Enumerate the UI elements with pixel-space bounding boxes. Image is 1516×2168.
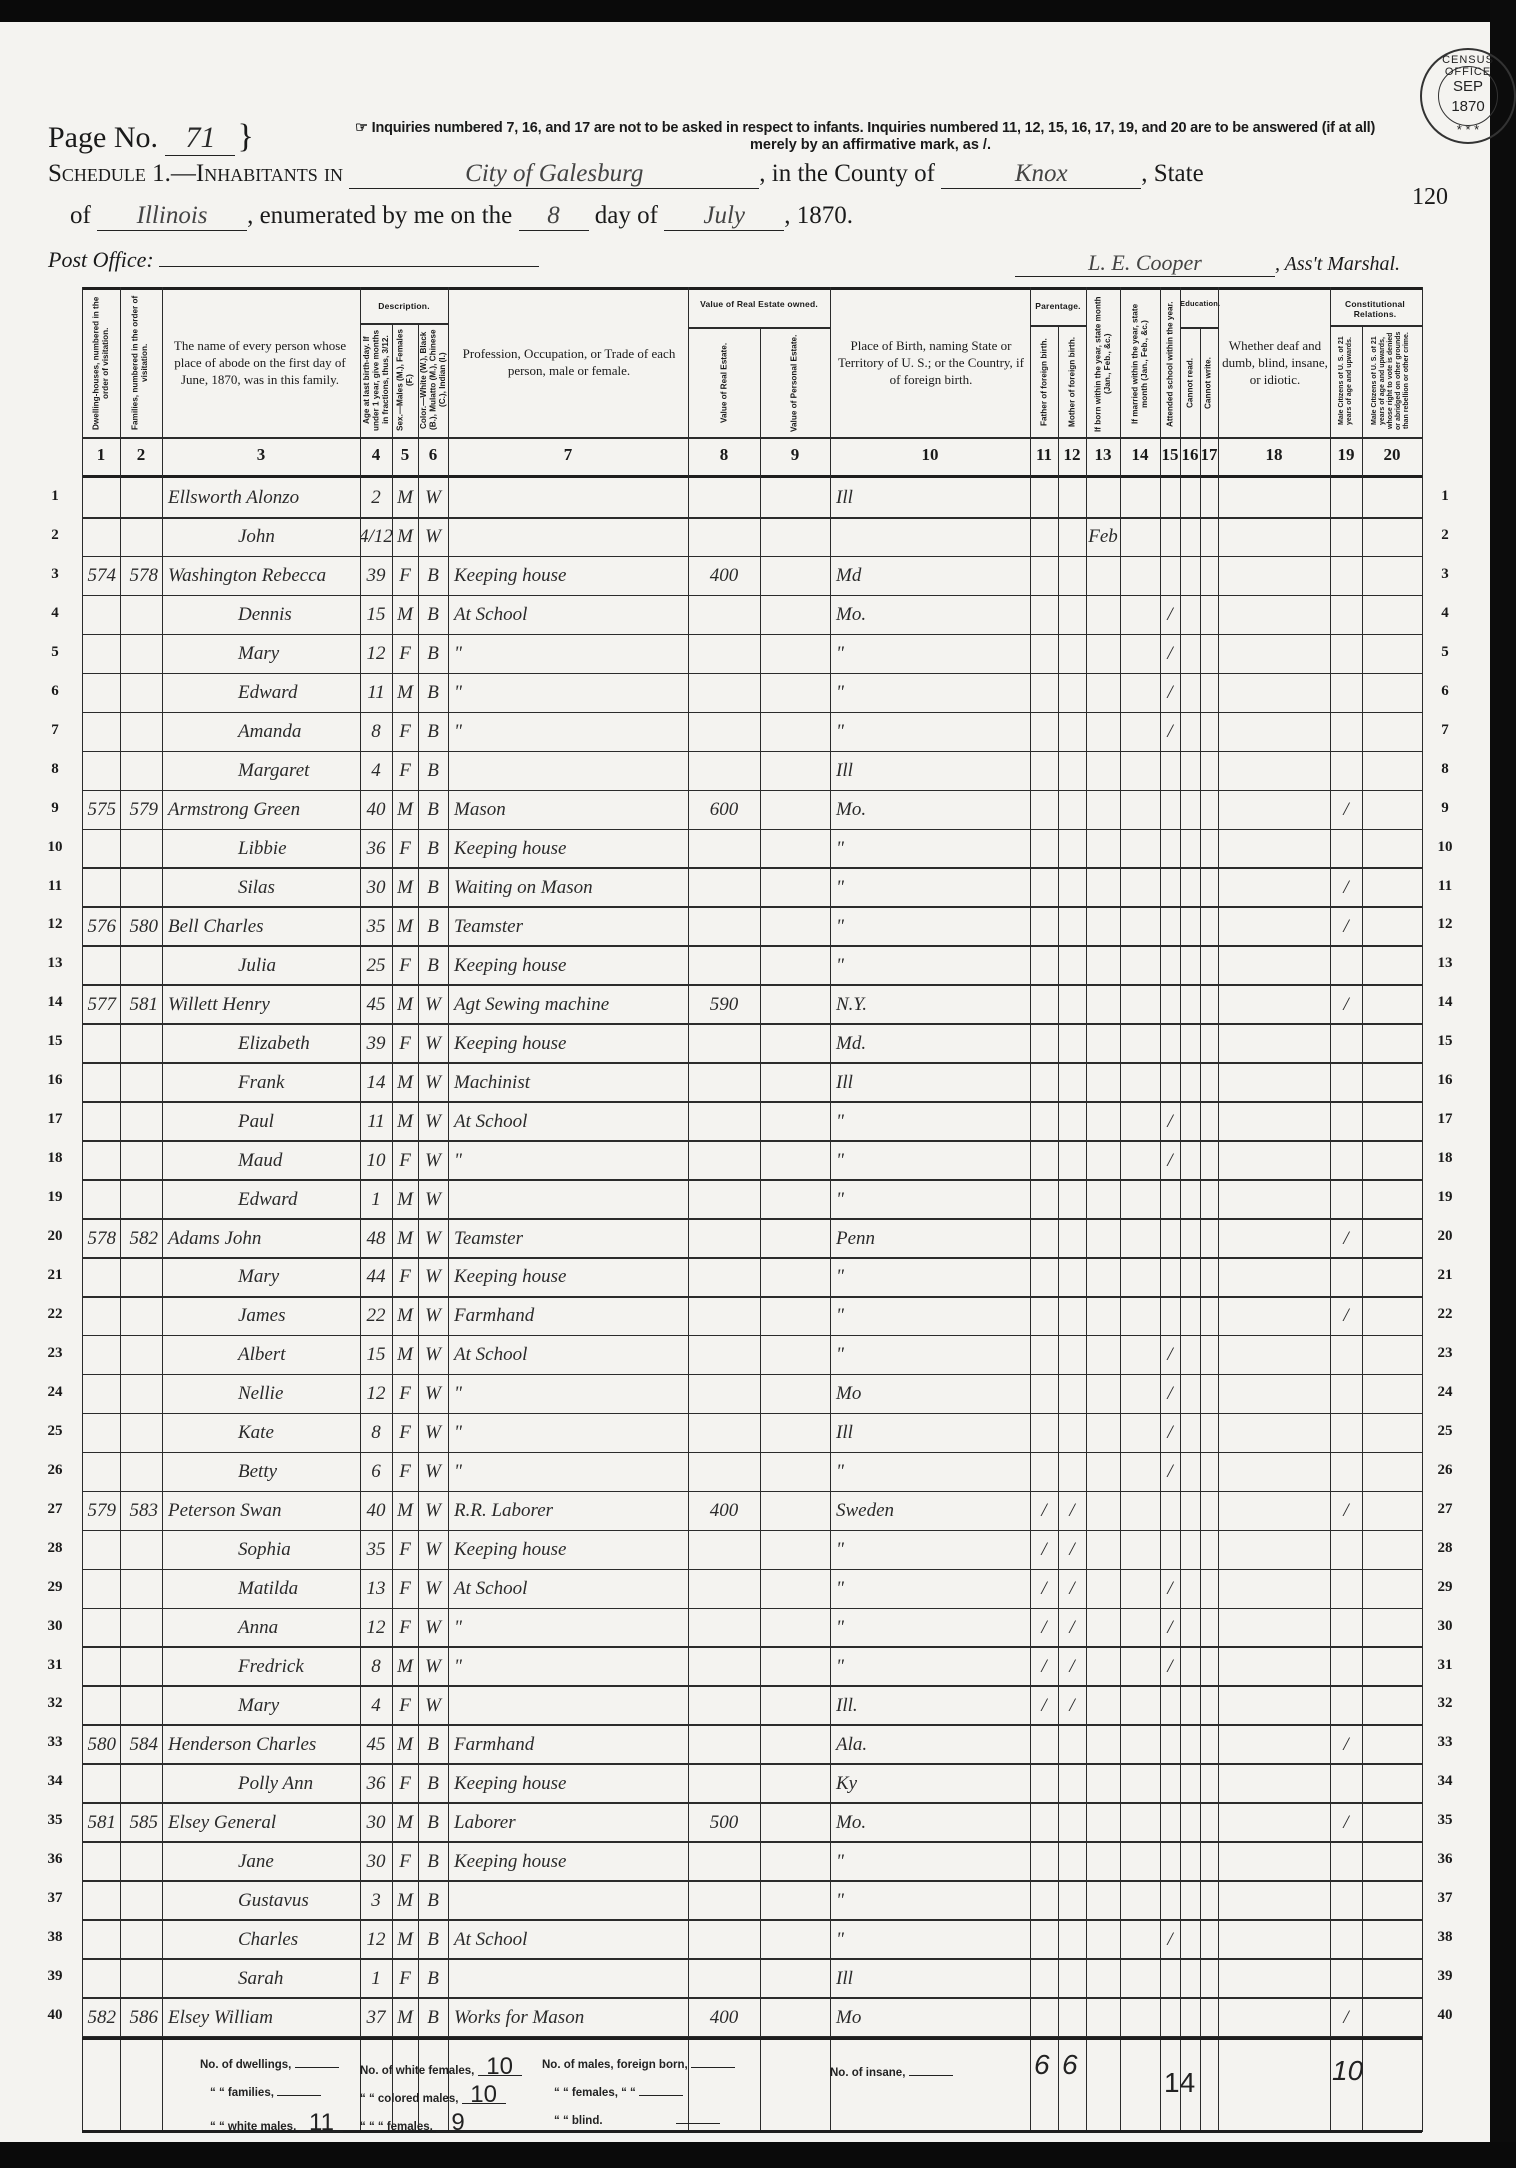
dwelling-value: 577 [88, 994, 117, 1016]
name-value: Mary [168, 643, 279, 665]
color-value: B [427, 604, 439, 626]
cell-disability [1218, 1258, 1330, 1297]
cell-personal-estate [760, 1531, 830, 1570]
cell-cannot-read [1180, 1531, 1200, 1570]
cell-name: Paul [162, 1102, 360, 1141]
cell-married-month [1120, 713, 1160, 752]
cell-cannot-write [1200, 713, 1218, 752]
family-value: 581 [130, 994, 159, 1016]
cell-color: W [418, 1414, 448, 1453]
cell-cannot-write [1200, 518, 1218, 557]
cell-personal-estate [760, 1336, 830, 1375]
scan-bottom-border [0, 2142, 1516, 2168]
cell-school [1160, 1959, 1180, 1998]
cell-family [120, 1375, 162, 1414]
table-row: Matilda13FWAt School"///2929 [82, 1570, 1422, 1609]
cell-citizen [1330, 518, 1362, 557]
line-number-right: 15 [1432, 1033, 1458, 1050]
cell-real-estate [688, 635, 760, 674]
cell-birthplace: Ill. [830, 1686, 1030, 1725]
cell-sex: F [392, 1453, 418, 1492]
cell-cannot-read [1180, 713, 1200, 752]
cell-father-foreign [1030, 1375, 1058, 1414]
cell-school [1160, 1686, 1180, 1725]
cell-dwelling [82, 635, 120, 674]
cell-real-estate [688, 1686, 760, 1725]
name-value: Kate [168, 1422, 274, 1444]
line-number-right: 21 [1432, 1267, 1458, 1284]
cell-citizen [1330, 1336, 1362, 1375]
margin-number: 120 [1412, 184, 1448, 211]
age-value: 40 [367, 1500, 386, 1522]
cell-name: Adams John [162, 1219, 360, 1258]
age-value: 4 [371, 1695, 381, 1717]
cell-personal-estate [760, 635, 830, 674]
birthplace-value: Sweden [836, 1500, 894, 1522]
table-row: 580584Henderson Charles45MBFarmhandAla./… [82, 1725, 1422, 1764]
cell-born-month [1086, 1102, 1120, 1141]
cell-real-estate [688, 1219, 760, 1258]
cell-real-estate [688, 1570, 760, 1609]
cell-mother-foreign: / [1058, 1531, 1086, 1570]
name-value: Dennis [168, 604, 292, 626]
cell-age: 36 [360, 1764, 392, 1803]
cell-cannot-read [1180, 907, 1200, 946]
color-value: B [427, 1773, 439, 1795]
col20-header: Male Citizens of U. S. of 21 years of ag… [1364, 329, 1418, 433]
occupation-value: " [454, 1617, 462, 1639]
cell-disability [1218, 518, 1330, 557]
cell-real-estate: 500 [688, 1803, 760, 1842]
sex-value: M [397, 2007, 413, 2029]
cell-birthplace: " [830, 1258, 1030, 1297]
birthplace-value: " [836, 721, 844, 743]
color-value: W [425, 1072, 441, 1094]
cell-real-estate [688, 1959, 760, 1998]
column-rule [1218, 287, 1219, 2132]
table-row: Edward11MB""/66 [82, 674, 1422, 713]
age-value: 8 [371, 1422, 381, 1444]
constitutional-group-header: Constitutional Relations. [1332, 299, 1418, 319]
header-bottom-rule [82, 475, 1422, 478]
cell-color: W [418, 1648, 448, 1687]
name-value: Silas [168, 877, 275, 899]
cell-sex: M [392, 1219, 418, 1258]
cell-school [1160, 1881, 1180, 1920]
color-value: W [425, 1383, 441, 1405]
cell-father-foreign [1030, 596, 1058, 635]
families-label: “ “ families, [210, 2087, 274, 2099]
color-value: B [427, 1929, 439, 1951]
cell-name: Libbie [162, 830, 360, 869]
cell-born-month [1086, 985, 1120, 1024]
cell-color: W [418, 1180, 448, 1219]
citizen-value: / [1343, 2007, 1348, 2029]
cell-cannot-read [1180, 1842, 1200, 1881]
cell-cannot-write [1200, 830, 1218, 869]
cell-born-month [1086, 1920, 1120, 1959]
cell-mother-foreign: / [1058, 1609, 1086, 1648]
cell-personal-estate [760, 869, 830, 908]
cell-name: Polly Ann [162, 1764, 360, 1803]
cell-married-month [1120, 907, 1160, 946]
cell-dwelling [82, 1102, 120, 1141]
cell-color: B [418, 752, 448, 791]
table-row: Ellsworth Alonzo2MWIll11 [82, 479, 1422, 518]
occupation-value: Farmhand [454, 1305, 534, 1327]
cell-personal-estate [760, 985, 830, 1024]
occupation-value: Keeping house [454, 1033, 566, 1055]
cell-mother-foreign [1058, 1725, 1086, 1764]
column-number: 9 [760, 445, 830, 465]
cell-father-foreign [1030, 713, 1058, 752]
age-value: 36 [367, 838, 386, 860]
cell-name: Gustavus [162, 1881, 360, 1920]
cell-color: B [418, 1959, 448, 1998]
column-number: 7 [448, 445, 688, 465]
color-value: B [427, 838, 439, 860]
page-number: Page No. 71} [48, 118, 254, 156]
column-number: 10 [830, 445, 1030, 465]
cell-denied [1362, 479, 1422, 518]
cell-real-estate [688, 1375, 760, 1414]
line-number-left: 40 [42, 2007, 68, 2024]
col18-header: Whether deaf and dumb, blind, insane, or… [1222, 297, 1328, 427]
cell-family: 578 [120, 557, 162, 596]
color-value: B [427, 2007, 439, 2029]
cell-sex: F [392, 1141, 418, 1180]
cell-father-foreign [1030, 1881, 1058, 1920]
cell-age: 35 [360, 907, 392, 946]
cell-cannot-read [1180, 1141, 1200, 1180]
cell-family: 586 [120, 1998, 162, 2037]
col8-header: Value of Real Estate. [692, 333, 756, 433]
cell-age: 30 [360, 1803, 392, 1842]
color-value: B [427, 1734, 439, 1756]
cell-cannot-write [1200, 946, 1218, 985]
cell-birthplace: " [830, 907, 1030, 946]
cell-cannot-write [1200, 1998, 1218, 2037]
cell-real-estate [688, 1024, 760, 1063]
cell-married-month [1120, 946, 1160, 985]
cell-cannot-write [1200, 1959, 1218, 1998]
occupation-value: " [454, 1422, 462, 1444]
cell-cannot-write [1200, 1453, 1218, 1492]
family-value: 584 [130, 1734, 159, 1756]
sex-value: F [399, 643, 411, 665]
cell-denied [1362, 1648, 1422, 1687]
column-rule [448, 287, 449, 2132]
name-value: Libbie [168, 838, 287, 860]
age-value: 6 [371, 1461, 381, 1483]
cell-name: Sophia [162, 1531, 360, 1570]
colored-females-value: 9 [436, 2115, 480, 2132]
cell-disability [1218, 596, 1330, 635]
column-number: 18 [1218, 445, 1330, 465]
cell-born-month [1086, 1063, 1120, 1102]
cell-personal-estate [760, 791, 830, 830]
cell-school: / [1160, 1609, 1180, 1648]
cell-cannot-read [1180, 869, 1200, 908]
cell-dwelling [82, 1180, 120, 1219]
cell-married-month [1120, 1570, 1160, 1609]
cell-father-foreign [1030, 1219, 1058, 1258]
sex-value: M [397, 604, 413, 626]
cell-denied [1362, 985, 1422, 1024]
cell-birthplace: Ill [830, 1414, 1030, 1453]
line-number-left: 14 [42, 994, 68, 1011]
cell-real-estate [688, 1063, 760, 1102]
line-number-right: 33 [1432, 1734, 1458, 1751]
color-value: W [425, 1228, 441, 1250]
real-estate-value: 590 [710, 994, 739, 1016]
cell-citizen: / [1330, 791, 1362, 830]
cell-dwelling [82, 1258, 120, 1297]
cell-sex: M [392, 518, 418, 557]
cell-family [120, 1959, 162, 1998]
cell-occupation: At School [448, 1570, 688, 1609]
cell-father-foreign [1030, 791, 1058, 830]
cell-personal-estate [760, 1570, 830, 1609]
cell-mother-foreign [1058, 635, 1086, 674]
cell-personal-estate [760, 1881, 830, 1920]
dwellings-value [295, 2067, 339, 2068]
name-value: Elizabeth [168, 1033, 310, 1055]
post-office-field [159, 244, 539, 267]
cell-age: 39 [360, 557, 392, 596]
summary-white-males: “ “ white males, 11 [210, 2115, 343, 2133]
marshal-signature: L. E. Cooper [1015, 250, 1275, 277]
column-number: 2 [120, 445, 162, 465]
cell-cannot-read [1180, 985, 1200, 1024]
cell-real-estate [688, 1881, 760, 1920]
cell-age: 12 [360, 1920, 392, 1959]
citizen-value: / [1343, 877, 1348, 899]
occupation-value: At School [454, 1344, 527, 1366]
col9-header: Value of Personal Estate. [762, 333, 826, 433]
cell-real-estate [688, 1920, 760, 1959]
cell-cannot-read [1180, 518, 1200, 557]
cell-disability [1218, 1063, 1330, 1102]
cell-cannot-write [1200, 557, 1218, 596]
birthplace-value: " [836, 682, 844, 704]
cell-occupation: Mason [448, 791, 688, 830]
line-number-right: 38 [1432, 1929, 1458, 1946]
cell-personal-estate [760, 1920, 830, 1959]
cell-family [120, 635, 162, 674]
line-number-right: 9 [1432, 800, 1458, 817]
cell-sex: F [392, 946, 418, 985]
cell-citizen [1330, 1609, 1362, 1648]
state-label: , State [1141, 160, 1204, 187]
age-value: 25 [367, 955, 386, 977]
sex-value: M [397, 1500, 413, 1522]
cell-denied [1362, 1686, 1422, 1725]
cell-occupation: Farmhand [448, 1725, 688, 1764]
cell-father-foreign [1030, 1959, 1058, 1998]
cell-father-foreign [1030, 1336, 1058, 1375]
cell-father-foreign [1030, 830, 1058, 869]
sex-value: M [397, 877, 413, 899]
cell-occupation: Laborer [448, 1803, 688, 1842]
school-value: / [1167, 1344, 1172, 1366]
color-value: B [427, 565, 439, 587]
cell-cannot-write [1200, 791, 1218, 830]
cell-birthplace: " [830, 1842, 1030, 1881]
mother-foreign-value: / [1069, 1539, 1074, 1561]
age-value: 15 [367, 1344, 386, 1366]
birthplace-value: " [836, 1851, 844, 1873]
cell-cannot-write [1200, 869, 1218, 908]
cell-born-month [1086, 830, 1120, 869]
cell-cannot-write [1200, 1531, 1218, 1570]
cell-name: Sarah [162, 1959, 360, 1998]
cell-disability [1218, 1842, 1330, 1881]
cell-occupation: " [448, 674, 688, 713]
family-value: 579 [130, 799, 159, 821]
cell-cannot-write [1200, 1492, 1218, 1531]
cell-school: / [1160, 1453, 1180, 1492]
cell-real-estate [688, 674, 760, 713]
line-number-left: 31 [42, 1657, 68, 1674]
cell-disability [1218, 1180, 1330, 1219]
table-row: Julia25FBKeeping house"1313 [82, 946, 1422, 985]
cell-father-foreign [1030, 1180, 1058, 1219]
cell-mother-foreign [1058, 1375, 1086, 1414]
occupation-value: " [454, 1383, 462, 1405]
column-number: 17 [1200, 445, 1218, 465]
cell-age: 37 [360, 1998, 392, 2037]
cell-disability [1218, 1764, 1330, 1803]
cell-family [120, 1453, 162, 1492]
column-number: 19 [1330, 445, 1362, 465]
name-value: Anna [168, 1617, 278, 1639]
cell-father-foreign [1030, 752, 1058, 791]
cell-occupation: Teamster [448, 1219, 688, 1258]
cell-dwelling [82, 1141, 120, 1180]
age-value: 30 [367, 1812, 386, 1834]
cell-born-month [1086, 1531, 1120, 1570]
line-number-left: 5 [42, 644, 68, 661]
line-number-right: 23 [1432, 1345, 1458, 1362]
line-number-right: 27 [1432, 1501, 1458, 1518]
cell-cannot-read [1180, 1414, 1200, 1453]
cell-birthplace: N.Y. [830, 985, 1030, 1024]
line-number-left: 34 [42, 1773, 68, 1790]
school-value: / [1167, 1111, 1172, 1133]
cell-birthplace: Mo. [830, 1803, 1030, 1842]
line-number-left: 4 [42, 605, 68, 622]
cell-real-estate [688, 479, 760, 518]
cell-cannot-write [1200, 1141, 1218, 1180]
cell-mother-foreign: / [1058, 1686, 1086, 1725]
cell-denied [1362, 1297, 1422, 1336]
day-of-label: day of [595, 202, 658, 229]
cell-dwelling [82, 946, 120, 985]
sex-value: F [399, 1617, 411, 1639]
cell-personal-estate [760, 946, 830, 985]
cell-father-foreign [1030, 1803, 1058, 1842]
col2-header: Families, numbered in the order of visit… [122, 293, 158, 433]
cell-color: B [418, 1764, 448, 1803]
cell-school [1160, 1998, 1180, 2037]
line-number-left: 38 [42, 1929, 68, 1946]
occupation-value: Agt Sewing machine [454, 994, 609, 1016]
sex-value: F [399, 838, 411, 860]
cell-occupation: At School [448, 1920, 688, 1959]
education-group-rule [1180, 327, 1218, 329]
cell-denied [1362, 907, 1422, 946]
sex-value: F [399, 1266, 411, 1288]
cell-real-estate [688, 1842, 760, 1881]
cell-born-month [1086, 1725, 1120, 1764]
age-value: 12 [367, 643, 386, 665]
cell-occupation: Machinist [448, 1063, 688, 1102]
cell-dwelling: 575 [82, 791, 120, 830]
cell-birthplace: Mo. [830, 596, 1030, 635]
cell-dwelling [82, 1414, 120, 1453]
cell-denied [1362, 830, 1422, 869]
cell-married-month [1120, 635, 1160, 674]
cell-disability [1218, 674, 1330, 713]
birthplace-value: Mo. [836, 799, 866, 821]
cell-name: Anna [162, 1609, 360, 1648]
cell-cannot-read [1180, 1336, 1200, 1375]
cell-birthplace: " [830, 830, 1030, 869]
cell-name: Betty [162, 1453, 360, 1492]
cell-sex: F [392, 635, 418, 674]
cell-sex: F [392, 1414, 418, 1453]
cell-citizen [1330, 1063, 1362, 1102]
summary-dwellings: No. of dwellings, [200, 2059, 339, 2071]
sex-value: M [397, 1228, 413, 1250]
table-top-rule [82, 287, 1422, 290]
post-office-label: Post Office: [48, 247, 154, 272]
family-value: 583 [130, 1500, 159, 1522]
cell-cannot-write [1200, 1336, 1218, 1375]
cell-mother-foreign [1058, 1842, 1086, 1881]
line-number-left: 27 [42, 1501, 68, 1518]
cell-disability [1218, 479, 1330, 518]
cell-real-estate: 590 [688, 985, 760, 1024]
cell-born-month [1086, 1492, 1120, 1531]
school-value: / [1167, 1656, 1172, 1678]
column-rule [1422, 287, 1423, 2132]
col1-header: Dwelling-houses, numbered in the order o… [84, 293, 118, 433]
cell-denied [1362, 1920, 1422, 1959]
cell-denied [1362, 635, 1422, 674]
cell-family: 579 [120, 791, 162, 830]
cell-name: Charles [162, 1920, 360, 1959]
cell-cannot-read [1180, 1686, 1200, 1725]
cell-father-foreign [1030, 907, 1058, 946]
school-value: / [1167, 1150, 1172, 1172]
cell-mother-foreign [1058, 1764, 1086, 1803]
occupation-value: At School [454, 604, 527, 626]
name-value: Edward [168, 682, 297, 704]
dwelling-value: 581 [88, 1812, 117, 1834]
cell-cannot-read [1180, 1725, 1200, 1764]
cell-denied [1362, 1258, 1422, 1297]
cell-born-month [1086, 1881, 1120, 1920]
cell-name: Edward [162, 1180, 360, 1219]
state-field: Illinois [97, 202, 247, 231]
cell-dwelling: 577 [82, 985, 120, 1024]
cell-occupation: At School [448, 1102, 688, 1141]
column-number: 12 [1058, 445, 1086, 465]
cell-disability [1218, 635, 1330, 674]
cell-dwelling: 578 [82, 1219, 120, 1258]
